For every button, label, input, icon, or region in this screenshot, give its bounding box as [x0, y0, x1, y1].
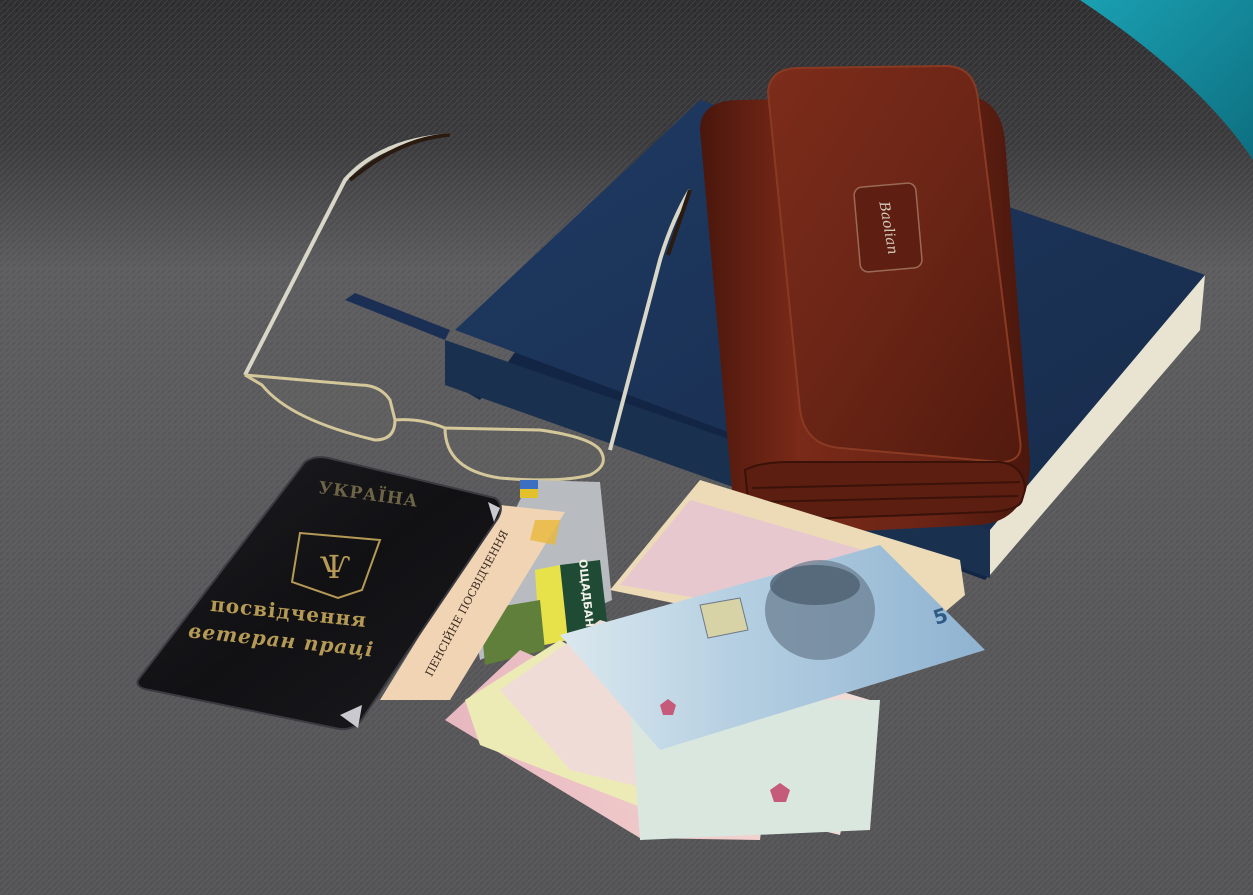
trident-emblem-icon: Ѱ — [320, 548, 350, 586]
photo-scene: Baolian ОЩАДБАНК ПЕНСІЙНЕ ПОСВІДЧЕННЯ — [0, 0, 1253, 895]
leather-wallet: Baolian — [700, 66, 1030, 535]
photo-illustration: Baolian ОЩАДБАНК ПЕНСІЙНЕ ПОСВІДЧЕННЯ — [0, 0, 1253, 895]
